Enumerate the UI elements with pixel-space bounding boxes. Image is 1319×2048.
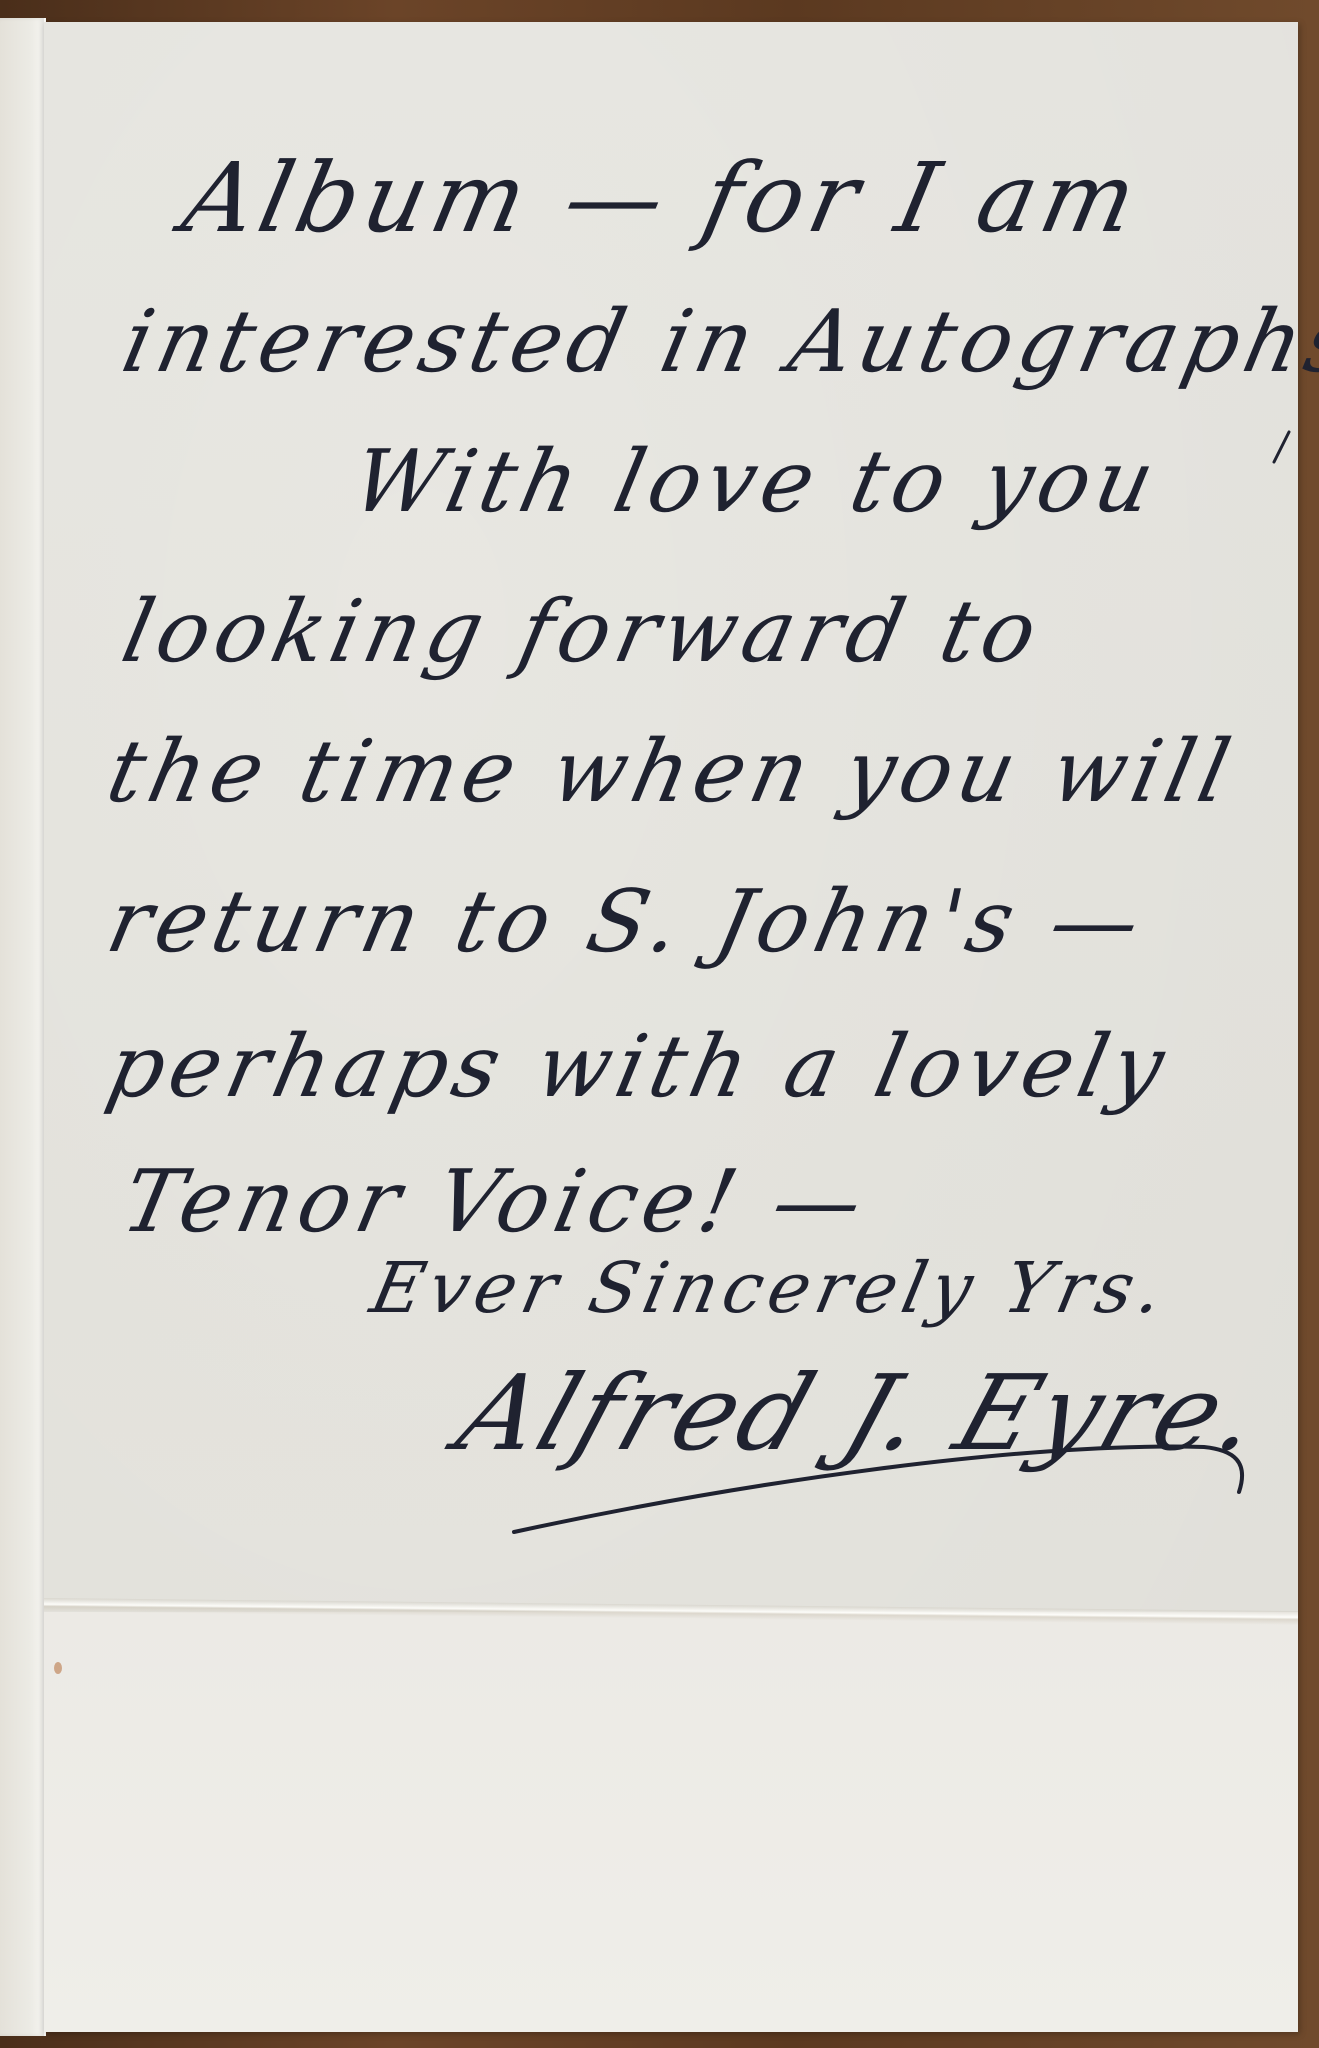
letter-page: Album — for I am interested in Autograph… xyxy=(44,22,1298,2032)
signature: Alfred J. Eyre. xyxy=(444,1352,1280,1474)
letter-closing: Ever Sincerely Yrs. xyxy=(364,1247,1176,1329)
letter-line-6: return to S. John's — xyxy=(99,872,1154,972)
letter-line-8: Tenor Voice! — xyxy=(114,1152,877,1252)
letter-body: Album — for I am interested in Autograph… xyxy=(44,22,1298,2032)
letter-line-3: With love to you xyxy=(344,432,1168,532)
left-page-edge xyxy=(0,18,46,2036)
photo-scene: Album — for I am interested in Autograph… xyxy=(0,0,1319,2048)
letter-line-1: Album — for I am xyxy=(174,142,1152,254)
letter-line-7: perhaps with a lovely xyxy=(99,1017,1178,1117)
letter-line-5: the time when you will xyxy=(99,722,1244,822)
letter-line-2: interested in Autographs xyxy=(114,292,1319,392)
letter-line-4: looking forward to xyxy=(114,582,1051,682)
